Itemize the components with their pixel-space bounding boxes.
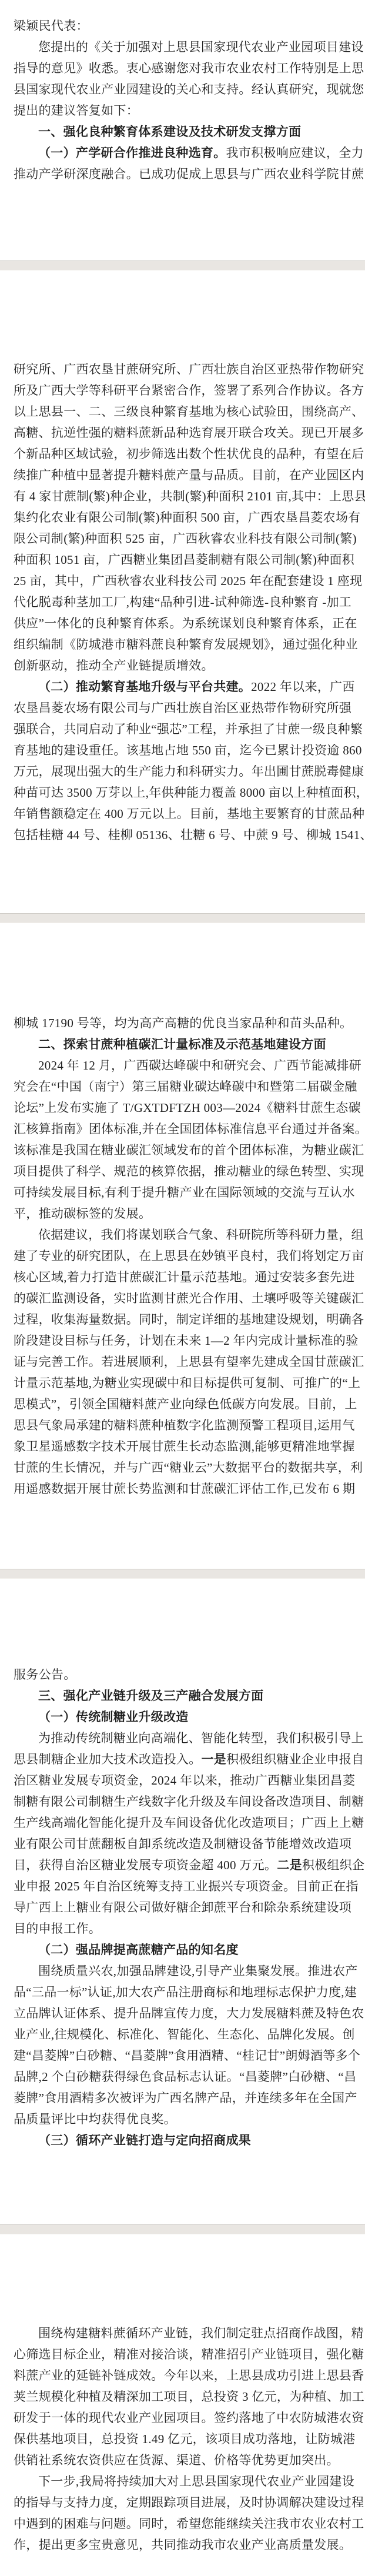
text-line: 提出的建议答复如下：	[14, 100, 351, 121]
text-run: 立品牌认证体系、提升品牌宣传力度，大力发展糖料蔗及特色农	[14, 2006, 364, 2020]
text-line: 供销社系统农资供应在货源、渠道、价格等优势更加突出。	[14, 2450, 351, 2471]
text-run: 创新驱动，推动全产业链提质增效。	[14, 659, 214, 673]
text-line: 治区糖业发展专项资金，2024 年以来，推动广西糖业集团昌菱	[14, 1770, 351, 1791]
text-line: 创新驱动，推动全产业链提质增效。	[14, 655, 351, 676]
text-run: 象卫星遥感数字技术开展甘蔗生长动态监测,能够更精准地掌握	[14, 1439, 355, 1454]
text-run: 平，推动碳标签的发展。	[14, 1207, 151, 1221]
page-divider	[0, 2224, 365, 2234]
text-run: 业产业,往规模化、标准化、智能化、生态化、品牌化发展。创	[14, 2027, 355, 2042]
text-run: 种苗可达 3500 万芽以上,年供种能力覆盖 8000 亩以上种植面积，	[14, 786, 365, 800]
text-run: 高糖、抗逆性强的糖料蔗新品种选育展开联合攻关。现已开展多	[14, 426, 364, 440]
text-run: 积极组织企	[302, 1858, 365, 1872]
text-run: 下一步,我局将持续加大对上思县国家现代农业产业园建设	[38, 2474, 354, 2488]
text-run: 为推动传统制糖业向高端化、智能化转型，我们积极引导上	[38, 1731, 364, 1745]
text-run: 指导的意见》收悉。衷心感谢您对我市农业农村工作特别是上思	[14, 61, 364, 75]
text-run-bold: 一是	[202, 1752, 227, 1766]
text-run: 您提出的《关于加强对上思县国家现代农业产业园项目建设	[38, 40, 364, 54]
text-line: 您提出的《关于加强对上思县国家现代农业产业园项目建设	[14, 36, 351, 58]
text-line: （一）产学研合作推进良种选育。我市积极响应建议，全力	[14, 142, 351, 163]
text-run: 该标准是我国在糖业碳汇领域发布的首个团体标准，为糖业碳汇	[14, 1143, 364, 1157]
page-divider	[0, 260, 365, 270]
text-line: 25 亩，其中，广西秋睿农业科技公司 2025 年在配套建设 1 座现	[14, 570, 351, 592]
text-run: 集约化农业有限公司制(繁)种面积 500 亩，广西农垦昌菱农场有	[14, 510, 361, 524]
document-page: 梁颖民代表：您提出的《关于加强对上思县国家现代农业产业园项目建设指导的意见》收悉…	[0, 0, 365, 260]
text-run: 2024 年 12 月，广西碳达峰碳中和研究会、广西节能减排研	[38, 1058, 361, 1073]
text-run: 续推广种植中显著提升糖料蔗产量与品质。目前，在产业园区内	[14, 468, 364, 482]
text-run: 计量示范基地,为糖业实现碳中和目标提供可复制、可推广的“上	[14, 1376, 360, 1390]
text-run: 心筛选目标企业，精准对接洽谈，精准招引产业链项目，强化糖	[14, 2347, 364, 2361]
text-line: 象卫星遥感数字技术开展甘蔗生长动态监测,能够更精准地掌握	[14, 1436, 351, 1457]
text-line: 核心区域,着力打造甘蔗碳汇计量示范基地。通过安装多套先进	[14, 1267, 351, 1288]
text-line: 立品牌认证体系、提升品牌宣传力度，大力发展糖料蔗及特色农	[14, 2003, 351, 2024]
text-line: 研究所、广西农垦甘蔗研究所、广西壮族自治区亚热带作物研究	[14, 359, 351, 380]
text-run: 县国家现代农业产业园建设的关心和支持。经认真研究，现就您	[14, 82, 364, 96]
text-run-bold: 三、强化产业链升级及三产融合发展方面	[38, 1689, 263, 1703]
text-line: 建“昌菱牌”白砂糖、“昌菱牌”食用酒精、“桂记甘”朗姆酒等多个	[14, 2045, 351, 2066]
text-run: 生产线高端化智能化提升及车间设备优化改造项目；广西上上糖	[14, 1816, 364, 1830]
text-run: 有 4 家甘蔗制(繁)种企业，共制(繁)种面积 2101 亩,其中：上思县	[14, 489, 365, 503]
text-line: （三）循环产业链打造与定向招商成果	[14, 2130, 351, 2151]
text-line: 强联合，共同启动了种业“强芯”工程，并承担了甘蔗一级良种繁	[14, 719, 351, 740]
text-run: 过程，收集海量数据。同时，制定详细的基地建设规划，明确各	[14, 1312, 364, 1327]
text-run: 目，获得自治区糖业发展专项资金超 400 万元。	[14, 1858, 277, 1872]
document: 梁颖民代表：您提出的《关于加强对上思县国家现代农业产业园项目建设指导的意见》收悉…	[0, 0, 365, 2576]
text-run: 项目提供了科学、规范的核算依据，推动糖业的绿色转型、实现	[14, 1164, 364, 1178]
text-run: 柳城 17190 号等，均为高产高糖的优良当家品种和苗头品种。	[14, 1016, 352, 1030]
text-run: 治区糖业发展专项资金，2024 年以来，推动广西糖业集团昌菱	[14, 1773, 355, 1788]
text-run: 强联合，共同启动了种业“强芯”工程，并承担了甘蔗一级良种繁	[14, 722, 363, 736]
text-run: 围绕构建糖料蔗循环产业链，我们制定驻点招商作战图，精	[38, 2326, 364, 2340]
text-run: 制糖有限公司制糖生产线数字化升级及车间设备改造项目、制糖	[14, 1795, 364, 1809]
text-run: 包括桂糖 44 号、桂柳 05136、壮糖 6 号、中蔗 9 号、柳城 1541…	[14, 828, 365, 842]
text-run: 个新品种区域试验，初步筛选出数个性状优良的品种，有望在后	[14, 447, 364, 461]
text-run-bold: （一）产学研合作推进良种选育。	[38, 146, 226, 160]
text-line: 品质量评比中均获得优良奖。	[14, 2109, 351, 2130]
text-run: 建了专业的研究团队，在上思县在妙镇平良村，我们将划定万亩	[14, 1249, 364, 1263]
text-line: 目，获得自治区糖业发展专项资金超 400 万元。二是积极组织企	[14, 1855, 351, 1876]
text-run: 的指导与支持力度，定期跟踪项目进展，及时协调解决建设过程	[14, 2495, 364, 2510]
text-run: 研究所、广西农垦甘蔗研究所、广西壮族自治区亚热带作物研究	[14, 362, 364, 376]
page-divider	[0, 913, 365, 923]
text-run: 以上思县一、二、三级良种繁育基地为核心试验田，围绕高产、	[14, 405, 364, 419]
page-divider	[0, 1569, 365, 1579]
text-run: 用遥感数据开展甘蔗长势监测和甘蔗碳汇评估工作,已发布 6 期	[14, 1482, 355, 1496]
text-run: 代化脱毒种茎加工厂,构建“品种引进-试种筛选-良种繁育 -加工	[14, 595, 351, 609]
document-page: 柳城 17190 号等，均为高产高糖的优良当家品种和苗头品种。二、探索甘蔗种植碳…	[0, 923, 365, 1569]
text-line: 心筛选目标企业，精准对接洽谈，精准招引产业链项目，强化糖	[14, 2344, 351, 2365]
text-run: 依据建议，我们将谋划联合气象、科研院所等科研力量，组	[38, 1228, 364, 1242]
text-run: 思县制糖企业加大技术改造投入。	[14, 1752, 202, 1766]
text-line: 依据建议，我们将谋划联合气象、科研院所等科研力量，组	[14, 1224, 351, 1245]
text-line: 论坛”上发布实施了 T/GXTDFTZH 003—2024《糖料甘蔗生态碳	[14, 1097, 351, 1118]
text-line: 2024 年 12 月，广西碳达峰碳中和研究会、广西节能减排研	[14, 1055, 351, 1076]
text-line: 柳城 17190 号等，均为高产高糖的优良当家品种和苗头品种。	[14, 1013, 351, 1034]
document-page: 围绕构建糖料蔗循环产业链，我们制定驻点招商作战图，精心筛选目标企业，精准对接洽谈…	[0, 2234, 365, 2576]
text-line: 究会在“中国（南宁）第三届糖业碳达峰碳中和暨第二届碳金融	[14, 1076, 351, 1097]
text-run: 服务公告。	[14, 1668, 76, 1682]
text-line: 的指导与支持力度，定期跟踪项目进展，及时协调解决建设过程	[14, 2492, 351, 2513]
text-run: 保供基地项目，总投资 1.49 亿元，该项目成功落地，让防城港	[14, 2432, 356, 2446]
text-line: 种苗可达 3500 万芽以上,年供种能力覆盖 8000 亩以上种植面积，	[14, 782, 351, 803]
text-line: 平，推动碳标签的发展。	[14, 1203, 351, 1224]
text-run: 万元，展现出强大的生产能力和科研实力。年出圃甘蔗脱毒健康	[14, 764, 364, 779]
text-run: 菱牌”食用酒精多次被评为广西名牌产品，并连续多年在全国产	[14, 2091, 357, 2105]
text-line: （二）强品牌提高蔗糖产品的知名度	[14, 1939, 351, 1960]
text-line: 荚兰规模化种植及精深加工项目，总投资 3 亿元，为种植、加工、	[14, 2386, 351, 2407]
text-run: 荚兰规模化种植及精深加工项目，总投资 3 亿元，为种植、加工、	[14, 2390, 365, 2404]
text-run-bold: （二）强品牌提高蔗糖产品的知名度	[38, 1943, 239, 1957]
document-page: 服务公告。三、强化产业链升级及三产融合发展方面（一）传统制糖业升级改造为推动传统…	[0, 1579, 365, 2224]
text-run: 料蔗产业的延链补链成效。今年以来，上思县成功引进上思县香	[14, 2368, 364, 2383]
text-run: 品“三品一标”认证,加大农产品注册商标和地理标志保护力度,建	[14, 1985, 357, 1999]
text-run: 围绕质量兴农,加强品牌建设,引导产业集聚发展。推进农产	[38, 1964, 358, 1978]
text-run: 研发于一体的现代农业产业园项目。签约落地了中农防城港农资	[14, 2411, 364, 2425]
text-line: 围绕构建糖料蔗循环产业链，我们制定驻点招商作战图，精	[14, 2323, 351, 2344]
text-line: 思县气象局承建的糖料蔗种植数字化监测预警工程项目,运用气	[14, 1415, 351, 1436]
text-line: 组织编制《防城港市糖料蔗良种繁育发展规划》，通过强化种业	[14, 634, 351, 655]
text-line: 高糖、抗逆性强的糖料蔗新品种选育展开联合攻关。现已开展多	[14, 422, 351, 443]
text-run-bold: 二、探索甘蔗种植碳汇计量标准及示范基地建设方面	[38, 1037, 326, 1051]
text-run: 组织编制《防城港市糖料蔗良种繁育发展规划》，通过强化种业	[14, 637, 358, 651]
text-line: 业申报 2025 年自治区统筹支持工业振兴专项资金。目前正在指	[14, 1876, 351, 1897]
text-line: 可持续发展目标,有利于提升糖产业在国际领域的交流与互认水	[14, 1182, 351, 1203]
text-run: 阶段建设目标与任务，计划在未来 1—2 年内完成计量标准的验	[14, 1334, 359, 1348]
text-line: 万元，展现出强大的生产能力和科研实力。年出圃甘蔗脱毒健康	[14, 761, 351, 782]
text-run: 年销售额稳定在 400 万元以上。目前，基地主要繁育的甘蔗品种	[14, 807, 364, 821]
text-run: 种面积 1051 亩，广西糖业集团昌菱制糖有限公司制(繁)种面积	[14, 553, 354, 567]
text-run: 作，提出更多宝贵意见，共同推动我市农业产业高质量发展。	[14, 2538, 351, 2552]
text-line: 证与完善工作。若进展顺利，上思县有望率先建成全国甘蔗碳汇	[14, 1351, 351, 1372]
text-line: 保供基地项目，总投资 1.49 亿元，该项目成功落地，让防城港	[14, 2428, 351, 2450]
text-run: 我市积极响应建议，全力	[226, 146, 364, 160]
text-line: （一）传统制糖业升级改造	[14, 1706, 351, 1728]
text-run: 农垦昌菱农场有限公司与广西壮族自治区亚热带作物研究所强	[14, 701, 351, 715]
text-line: 业有限公司甘蔗翻板自卸系统改造及制糖设备节能增效改造项	[14, 1833, 351, 1855]
text-line: 三、强化产业链升级及三产融合发展方面	[14, 1685, 351, 1706]
text-run: 建“昌菱牌”白砂糖、“昌菱牌”食用酒精、“桂记甘”朗姆酒等多个	[14, 2049, 360, 2063]
text-line: 料蔗产业的延链补链成效。今年以来，上思县成功引进上思县香	[14, 2365, 351, 2386]
text-run: 推动产学研深度融合。已成功促成上思县与广西农业科学院甘蔗	[14, 167, 364, 181]
text-run: 提出的建议答复如下：	[14, 103, 139, 118]
text-run-bold: 二是	[277, 1858, 302, 1872]
text-run: 论坛”上发布实施了 T/GXTDFTZH 003—2024《糖料甘蔗生态碳	[14, 1101, 361, 1115]
text-line: 二、探索甘蔗种植碳汇计量标准及示范基地建设方面	[14, 1034, 351, 1055]
text-line: 菱牌”食用酒精多次被评为广西名牌产品，并连续多年在全国产	[14, 2087, 351, 2109]
text-run-bold: （二）推动繁育基地升级与平台共建。	[38, 680, 251, 694]
text-line: 品牌,2 个白砂糖获得绿色食品标志认证。“昌菱牌”白砂糖、“昌	[14, 2066, 351, 2087]
text-line: 所及广西大学等科研平台紧密合作，签署了系列合作协议。各方	[14, 380, 351, 401]
text-line: 个新品种区域试验，初步筛选出数个性状优良的品种，有望在后	[14, 443, 351, 465]
text-line: 中遇到的困难与问题。同时，希望您能继续关注我市农业农村工	[14, 2513, 351, 2534]
text-line: 包括桂糖 44 号、桂柳 05136、壮糖 6 号、中蔗 9 号、柳城 1541…	[14, 824, 351, 846]
text-run: 品质量评比中均获得优良奖。	[14, 2112, 176, 2126]
text-line: 续推广种植中显著提升糖料蔗产量与品质。目前，在产业园区内	[14, 465, 351, 486]
text-line: 指导的意见》收悉。衷心感谢您对我市农业农村工作特别是上思	[14, 58, 351, 79]
text-run: 证与完善工作。若进展顺利，上思县有望率先建成全国甘蔗碳汇	[14, 1355, 364, 1369]
text-run: 业有限公司甘蔗翻板自卸系统改造及制糖设备节能增效改造项	[14, 1837, 351, 1851]
text-run: 究会在“中国（南宁）第三届糖业碳达峰碳中和暨第二届碳金融	[14, 1080, 357, 1094]
text-line: 业产业,往规模化、标准化、智能化、生态化、品牌化发展。创	[14, 2024, 351, 2045]
text-run: 业申报 2025 年自治区统筹支持工业振兴专项资金。目前正在指	[14, 1879, 359, 1893]
text-run-bold: 一、强化良种繁育体系建设及技术研发支撑方面	[38, 125, 301, 139]
text-line: 有 4 家甘蔗制(繁)种企业，共制(繁)种面积 2101 亩,其中：上思县	[14, 486, 351, 507]
text-line: 研发于一体的现代农业产业园项目。签约落地了中农防城港农资	[14, 2407, 351, 2428]
text-run: 供销社系统农资供应在货源、渠道、价格等优势更加突出。	[14, 2453, 339, 2467]
text-line: 的碳汇监测设备，实时监测甘蔗光合作用、土壤呼吸等关键碳汇	[14, 1288, 351, 1309]
text-run: 积极组织糖业企业申报自	[226, 1752, 364, 1766]
text-line: 生产线高端化智能化提升及车间设备优化改造项目；广西上上糖	[14, 1812, 351, 1833]
text-line: 该标准是我国在糖业碳汇领域发布的首个团体标准，为糖业碳汇	[14, 1140, 351, 1161]
text-run: 甘蔗的生长情况，并与广西“糖业云”大数据平台的数据共享，利	[14, 1461, 363, 1475]
text-run: 育基地的建设重任。该基地占地 550 亩，迄今已累计投资逾 860	[14, 743, 362, 757]
text-line: 作，提出更多宝贵意见，共同推动我市农业产业高质量发展。	[14, 2534, 351, 2555]
text-run: 梁颖民代表：	[14, 19, 89, 33]
text-line: 导广西上上糖业有限公司做好糖企卸蔗平台和除杂系统建设项	[14, 1897, 351, 1918]
text-line: 建了专业的研究团队，在上思县在妙镇平良村，我们将划定万亩	[14, 1245, 351, 1267]
text-run-bold: （一）传统制糖业升级改造	[38, 1710, 189, 1724]
text-line: 年销售额稳定在 400 万元以上。目前，基地主要繁育的甘蔗品种	[14, 803, 351, 824]
text-line: 项目提供了科学、规范的核算依据，推动糖业的绿色转型、实现	[14, 1161, 351, 1182]
text-run: 目的申报工作。	[14, 1922, 101, 1936]
text-line: 服务公告。	[14, 1664, 351, 1685]
text-run: 限公司制(繁)种面积 525 亩，广西秋睿农业科技有限公司制(繁)	[14, 532, 357, 546]
text-run-bold: （三）循环产业链打造与定向招商成果	[38, 2133, 251, 2147]
text-line: 推动产学研深度融合。已成功促成上思县与广西农业科学院甘蔗	[14, 163, 351, 185]
text-line: 农垦昌菱农场有限公司与广西壮族自治区亚热带作物研究所强	[14, 697, 351, 719]
text-run: 思模式”，引领全国糖料蔗产业向绿色低碳方向发展。目前，上	[14, 1397, 357, 1411]
text-line: 制糖有限公司制糖生产线数字化升级及车间设备改造项目、制糖	[14, 1791, 351, 1812]
text-run: 供应”一体化的良种繁育体系。为系统谋划良种繁育体系，正在	[14, 616, 357, 630]
document-page: 研究所、广西农垦甘蔗研究所、广西壮族自治区亚热带作物研究所及广西大学等科研平台紧…	[0, 270, 365, 913]
text-run: 可持续发展目标,有利于提升糖产业在国际领域的交流与互认水	[14, 1185, 355, 1200]
text-line: 思县制糖企业加大技术改造投入。一是积极组织糖业企业申报自	[14, 1749, 351, 1770]
text-line: 种面积 1051 亩，广西糖业集团昌菱制糖有限公司制(繁)种面积	[14, 549, 351, 570]
text-run: 导广西上上糖业有限公司做好糖企卸蔗平台和除杂系统建设项	[14, 1900, 351, 1915]
text-run: 中遇到的困难与问题。同时，希望您能继续关注我市农业农村工	[14, 2517, 364, 2531]
text-line: 代化脱毒种茎加工厂,构建“品种引进-试种筛选-良种繁育 -加工	[14, 592, 351, 613]
text-line: 为推动传统制糖业向高端化、智能化转型，我们积极引导上	[14, 1728, 351, 1749]
text-run: 品牌,2 个白砂糖获得绿色食品标志认证。“昌菱牌”白砂糖、“昌	[14, 2070, 356, 2084]
text-line: （二）推动繁育基地升级与平台共建。2022 年以来，广西	[14, 676, 351, 697]
text-run: 汇核算指南》团体标准,并在全国团体标准信息平台通过并备案。	[14, 1122, 365, 1136]
text-run: 25 亩，其中，广西秋睿农业科技公司 2025 年在配套建设 1 座现	[14, 574, 362, 588]
text-line: 甘蔗的生长情况，并与广西“糖业云”大数据平台的数据共享，利	[14, 1457, 351, 1478]
text-line: 梁颖民代表：	[14, 15, 351, 36]
text-line: 限公司制(繁)种面积 525 亩，广西秋睿农业科技有限公司制(繁)	[14, 528, 351, 549]
text-run: 所及广西大学等科研平台紧密合作，签署了系列合作协议。各方	[14, 383, 364, 397]
text-line: 过程，收集海量数据。同时，制定详细的基地建设规划，明确各	[14, 1309, 351, 1330]
text-line: 供应”一体化的良种繁育体系。为系统谋划良种繁育体系，正在	[14, 613, 351, 634]
text-line: 集约化农业有限公司制(繁)种面积 500 亩，广西农垦昌菱农场有	[14, 507, 351, 528]
text-line: 育基地的建设重任。该基地占地 550 亩，迄今已累计投资逾 860	[14, 740, 351, 761]
text-run: 思县气象局承建的糖料蔗种植数字化监测预警工程项目,运用气	[14, 1418, 355, 1432]
text-line: 计量示范基地,为糖业实现碳中和目标提供可复制、可推广的“上	[14, 1372, 351, 1394]
text-line: 县国家现代农业产业园建设的关心和支持。经认真研究，现就您	[14, 79, 351, 100]
text-line: 用遥感数据开展甘蔗长势监测和甘蔗碳汇评估工作,已发布 6 期	[14, 1478, 351, 1499]
text-line: 围绕质量兴农,加强品牌建设,引导产业集聚发展。推进农产	[14, 1960, 351, 1982]
text-line: 思模式”，引领全国糖料蔗产业向绿色低碳方向发展。目前，上	[14, 1394, 351, 1415]
text-run: 核心区域,着力打造甘蔗碳汇计量示范基地。通过安装多套先进	[14, 1270, 355, 1284]
text-line: 下一步,我局将持续加大对上思县国家现代农业产业园建设	[14, 2471, 351, 2492]
text-line: 以上思县一、二、三级良种繁育基地为核心试验田，围绕高产、	[14, 401, 351, 422]
text-line: 品“三品一标”认证,加大农产品注册商标和地理标志保护力度,建	[14, 1982, 351, 2003]
text-line: 目的申报工作。	[14, 1918, 351, 1939]
text-line: 阶段建设目标与任务，计划在未来 1—2 年内完成计量标准的验	[14, 1330, 351, 1351]
text-run: 2022 年以来，广西	[251, 680, 355, 694]
text-line: 汇核算指南》团体标准,并在全国团体标准信息平台通过并备案。	[14, 1118, 351, 1140]
text-line: 一、强化良种繁育体系建设及技术研发支撑方面	[14, 121, 351, 142]
text-run: 的碳汇监测设备，实时监测甘蔗光合作用、土壤呼吸等关键碳汇	[14, 1291, 364, 1305]
